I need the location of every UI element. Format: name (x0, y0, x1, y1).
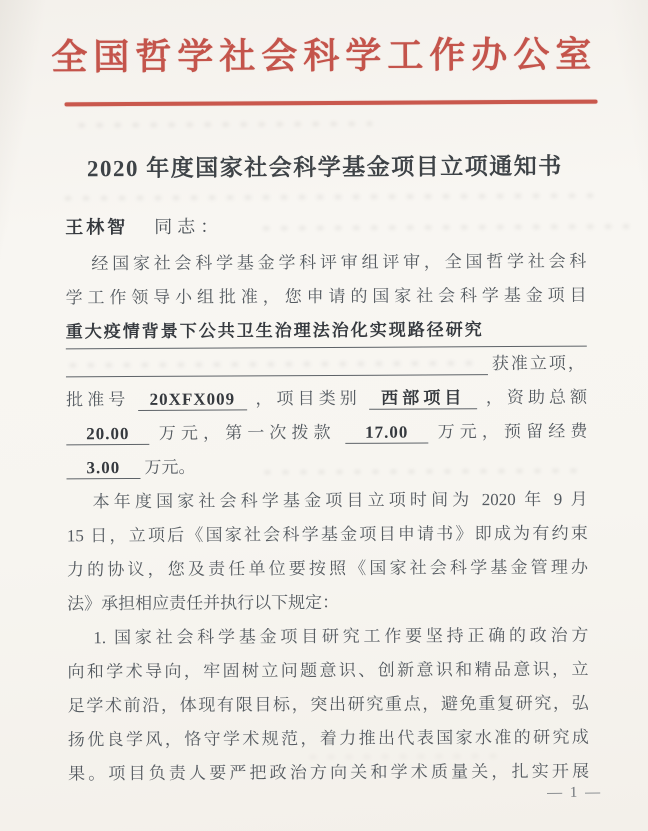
time-para-line-2: 15 日，立项后《国家社会科学基金项目申请书》即成为有约束 (67, 517, 588, 554)
reserve-label: 万元，预留经费 (438, 422, 588, 442)
intro-line-2: 学工作领导小组批准，您申请的国家社会科学基金项目 (65, 279, 586, 316)
page-number: — 1 — (547, 785, 602, 802)
approval-no-label: 批准号 (66, 390, 129, 409)
approval-phrase-line: 获准立项， (66, 347, 587, 384)
category-label: ，项目类别 (255, 389, 360, 409)
rule1-line-4: 扬优良学风，恪守学术规范，着力推出代表国家水准的研究成 (68, 721, 589, 758)
ink-bleed-artifact (73, 117, 373, 132)
rule1-line-3: 足学术前沿，体现有限目标，突出研究重点，避免重复研究，弘 (68, 687, 589, 724)
time-para-line-3: 力的协议，您及责任单位要按照《国家社会科学基金管理办 (67, 551, 588, 588)
rule1-line-1: 1. 国家社会科学基金项目研究工作要坚持正确的政治方 (67, 619, 588, 656)
header-red-rule (65, 100, 598, 107)
project-title-fill: 重大疫情背景下公共卫生治理法治化实现路径研究 (66, 313, 587, 350)
document-title: 2020 年度国家社会科学基金项目立项通知书 (1, 147, 648, 183)
total-funding-label: ，资助总额 (486, 388, 587, 408)
ink-bleed-artifact (257, 219, 629, 236)
category-value: 西部项目 (369, 388, 477, 410)
rule1-line-5: 果。项目负责人要严把政治方向关和学术质量关，扎实开展 (68, 755, 589, 792)
intro-line-1: 经国家社会科学基金学科评审组评审，全国哲学社会科 (65, 245, 586, 282)
blank-underline (66, 374, 488, 377)
salutation-honorific: 同志： (154, 217, 223, 237)
total-amount-value: 20.00 (66, 424, 149, 445)
salutation-line: 王林智同志： (65, 213, 223, 240)
grant-line-1: 批准号 20XFX009 ，项目类别 西部项目 ，资助总额 (66, 381, 587, 418)
first-payment-label: 万元，第一次拨款 (159, 423, 336, 443)
time-para-line-1: 本年度国家社会科学基金项目立项时间为 2020 年 9 月 (67, 483, 588, 520)
time-para-line-4: 法》承担相应责任并执行以下规定： (67, 585, 588, 622)
grant-line-2: 20.00 万元，第一次拨款 17.00 万元，预留经费 (66, 415, 587, 452)
recipient-name: 王林智 (65, 217, 128, 237)
document-sheet: 全国哲学社会科学工作办公室 2020 年度国家社会科学基金项目立项通知书 王林智… (0, 0, 648, 831)
rule1-line-2: 向和学术导向，牢固树立问题意识、创新意识和精品意识，立 (67, 653, 588, 690)
grant-line-3: 3.00 万元。 (66, 449, 587, 486)
document-body: 经国家社会科学基金学科评审组评审，全国哲学社会科 学工作领导小组批准，您申请的国… (65, 245, 589, 792)
first-payment-value: 17.00 (345, 422, 428, 443)
issuing-org-title: 全国哲学社会科学工作办公室 (0, 26, 648, 80)
approval-no-value: 20XFX009 (138, 389, 248, 411)
ink-bleed-artifact (59, 189, 594, 206)
reserve-amount-value: 3.00 (66, 458, 140, 479)
reserve-unit: 万元。 (144, 458, 195, 477)
approval-phrase: 获准立项， (488, 347, 587, 382)
scanned-document-page: 全国哲学社会科学工作办公室 2020 年度国家社会科学基金项目立项通知书 王林智… (0, 0, 648, 831)
